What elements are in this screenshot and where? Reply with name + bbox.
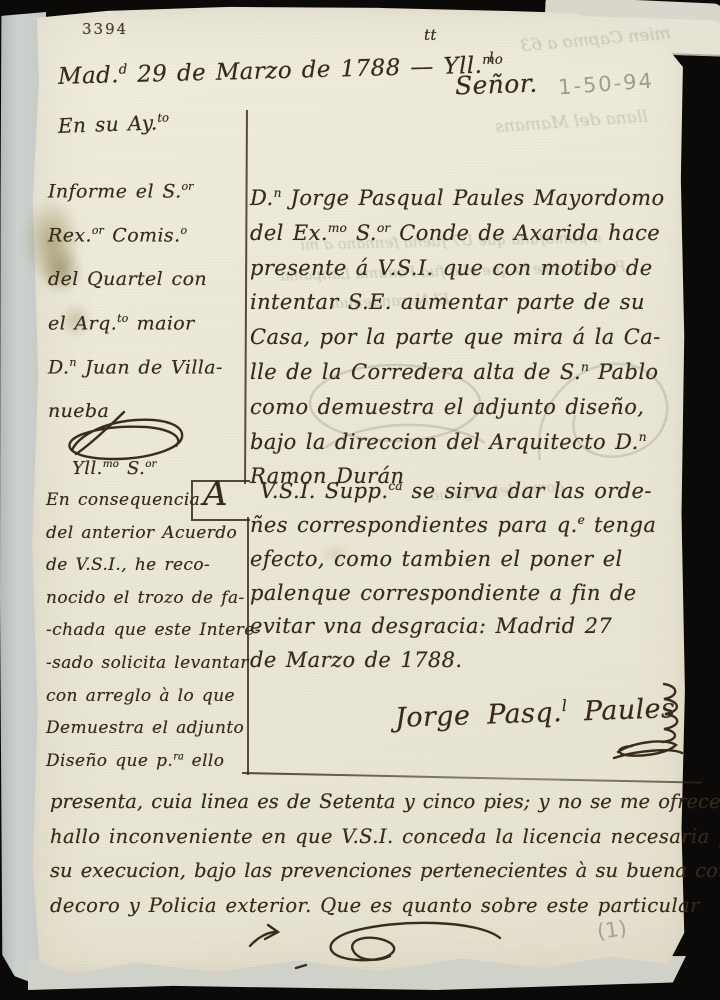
margin-report-line: -sado solicita levantar (46, 653, 261, 686)
margin-note-line: el Arq.to maior (48, 312, 223, 356)
request-line: evitar vna desgracia: Madrid 27 (250, 614, 656, 648)
petition-line: del Ex.mo S.or Conde de Axarida hace (250, 221, 665, 256)
addressee: Señor. (455, 69, 539, 101)
margin-note: Informe el S.or Rex.or Comis.o del Quart… (48, 180, 223, 444)
footer-line: hallo inconveniente en que V.S.I. conced… (50, 825, 720, 860)
petition-line: D.n Jorge Pasqual Paules Mayordomo (250, 186, 665, 221)
margin-report-line: del anterior Acuerdo (46, 523, 261, 556)
request-line: ñes correspondientes para q.e tenga (250, 513, 656, 547)
petition-line: como demuestra el adjunto diseño, (250, 395, 665, 430)
margin-report-line: Diseño que p.ra ello (46, 751, 261, 784)
request-line: efecto, como tambien el poner el (250, 547, 656, 581)
request-paragraph: ñes correspondientes para q.e tenga efec… (250, 513, 656, 682)
corner-mark: tt (424, 26, 437, 44)
petition-line: lle de la Corredera alta de S.n Pablo (250, 360, 665, 395)
petition-line: Casa, por la parte que mira á la Ca- (250, 325, 665, 360)
footer-line: presenta, cuia linea es de Setenta y cin… (50, 790, 720, 825)
margin-note-line: del Quartel con (48, 268, 223, 312)
closing-flourish (238, 910, 513, 974)
margin-salutation: Yll.mo S.or (72, 458, 157, 479)
pencil-page-number: (1) (595, 916, 628, 944)
margin-report-line: con arreglo à lo que (46, 686, 261, 719)
addressee-abbreviation: l (489, 50, 494, 66)
margin-report-line: -chada que este Intere- (46, 620, 261, 653)
footer-report: presenta, cuia linea es de Setenta y cin… (50, 790, 720, 928)
petition-line: intentar S.E. aumentar parte de su (250, 290, 665, 325)
margin-note-line: Rex.or Comis.o (48, 224, 223, 268)
signature-rubric-flourish (612, 680, 687, 766)
margin-report-line: En consequencia (46, 490, 261, 523)
archival-scan: mien Capmo a 63 llana del Mamans a punla… (0, 0, 720, 1000)
petition-line: presente á V.S.I. que con motibo de (250, 256, 665, 291)
margin-heading: En su Ay.to (58, 110, 170, 138)
margin-note-line: D.n Juan de Villa- (48, 356, 223, 400)
margin-report-line: nocido el trozo de fa- (46, 588, 261, 621)
margin-report: En consequencia del anterior Acuerdo de … (46, 490, 261, 783)
margin-report-line: Demuestra el adjunto (46, 718, 261, 751)
request-first-line: V.S.I. Supp.ca se sirva dar las orde- (260, 479, 652, 503)
margin-report-line: de V.S.I., he reco- (46, 555, 261, 588)
request-line: palenque correspondiente a fin de (250, 581, 656, 615)
petition-paragraph: D.n Jorge Pasqual Paules Mayordomo del E… (250, 186, 665, 499)
petition-line: bajo la direccion del Arquitecto D.n (250, 430, 665, 465)
request-line: de Marzo de 1788. (250, 648, 656, 682)
margin-note-line: Informe el S.or (48, 180, 223, 224)
footer-line: su execucion, bajo las prevenciones pert… (50, 859, 720, 894)
boxed-initial: A (203, 474, 228, 514)
archive-number: 3394 (82, 20, 128, 38)
